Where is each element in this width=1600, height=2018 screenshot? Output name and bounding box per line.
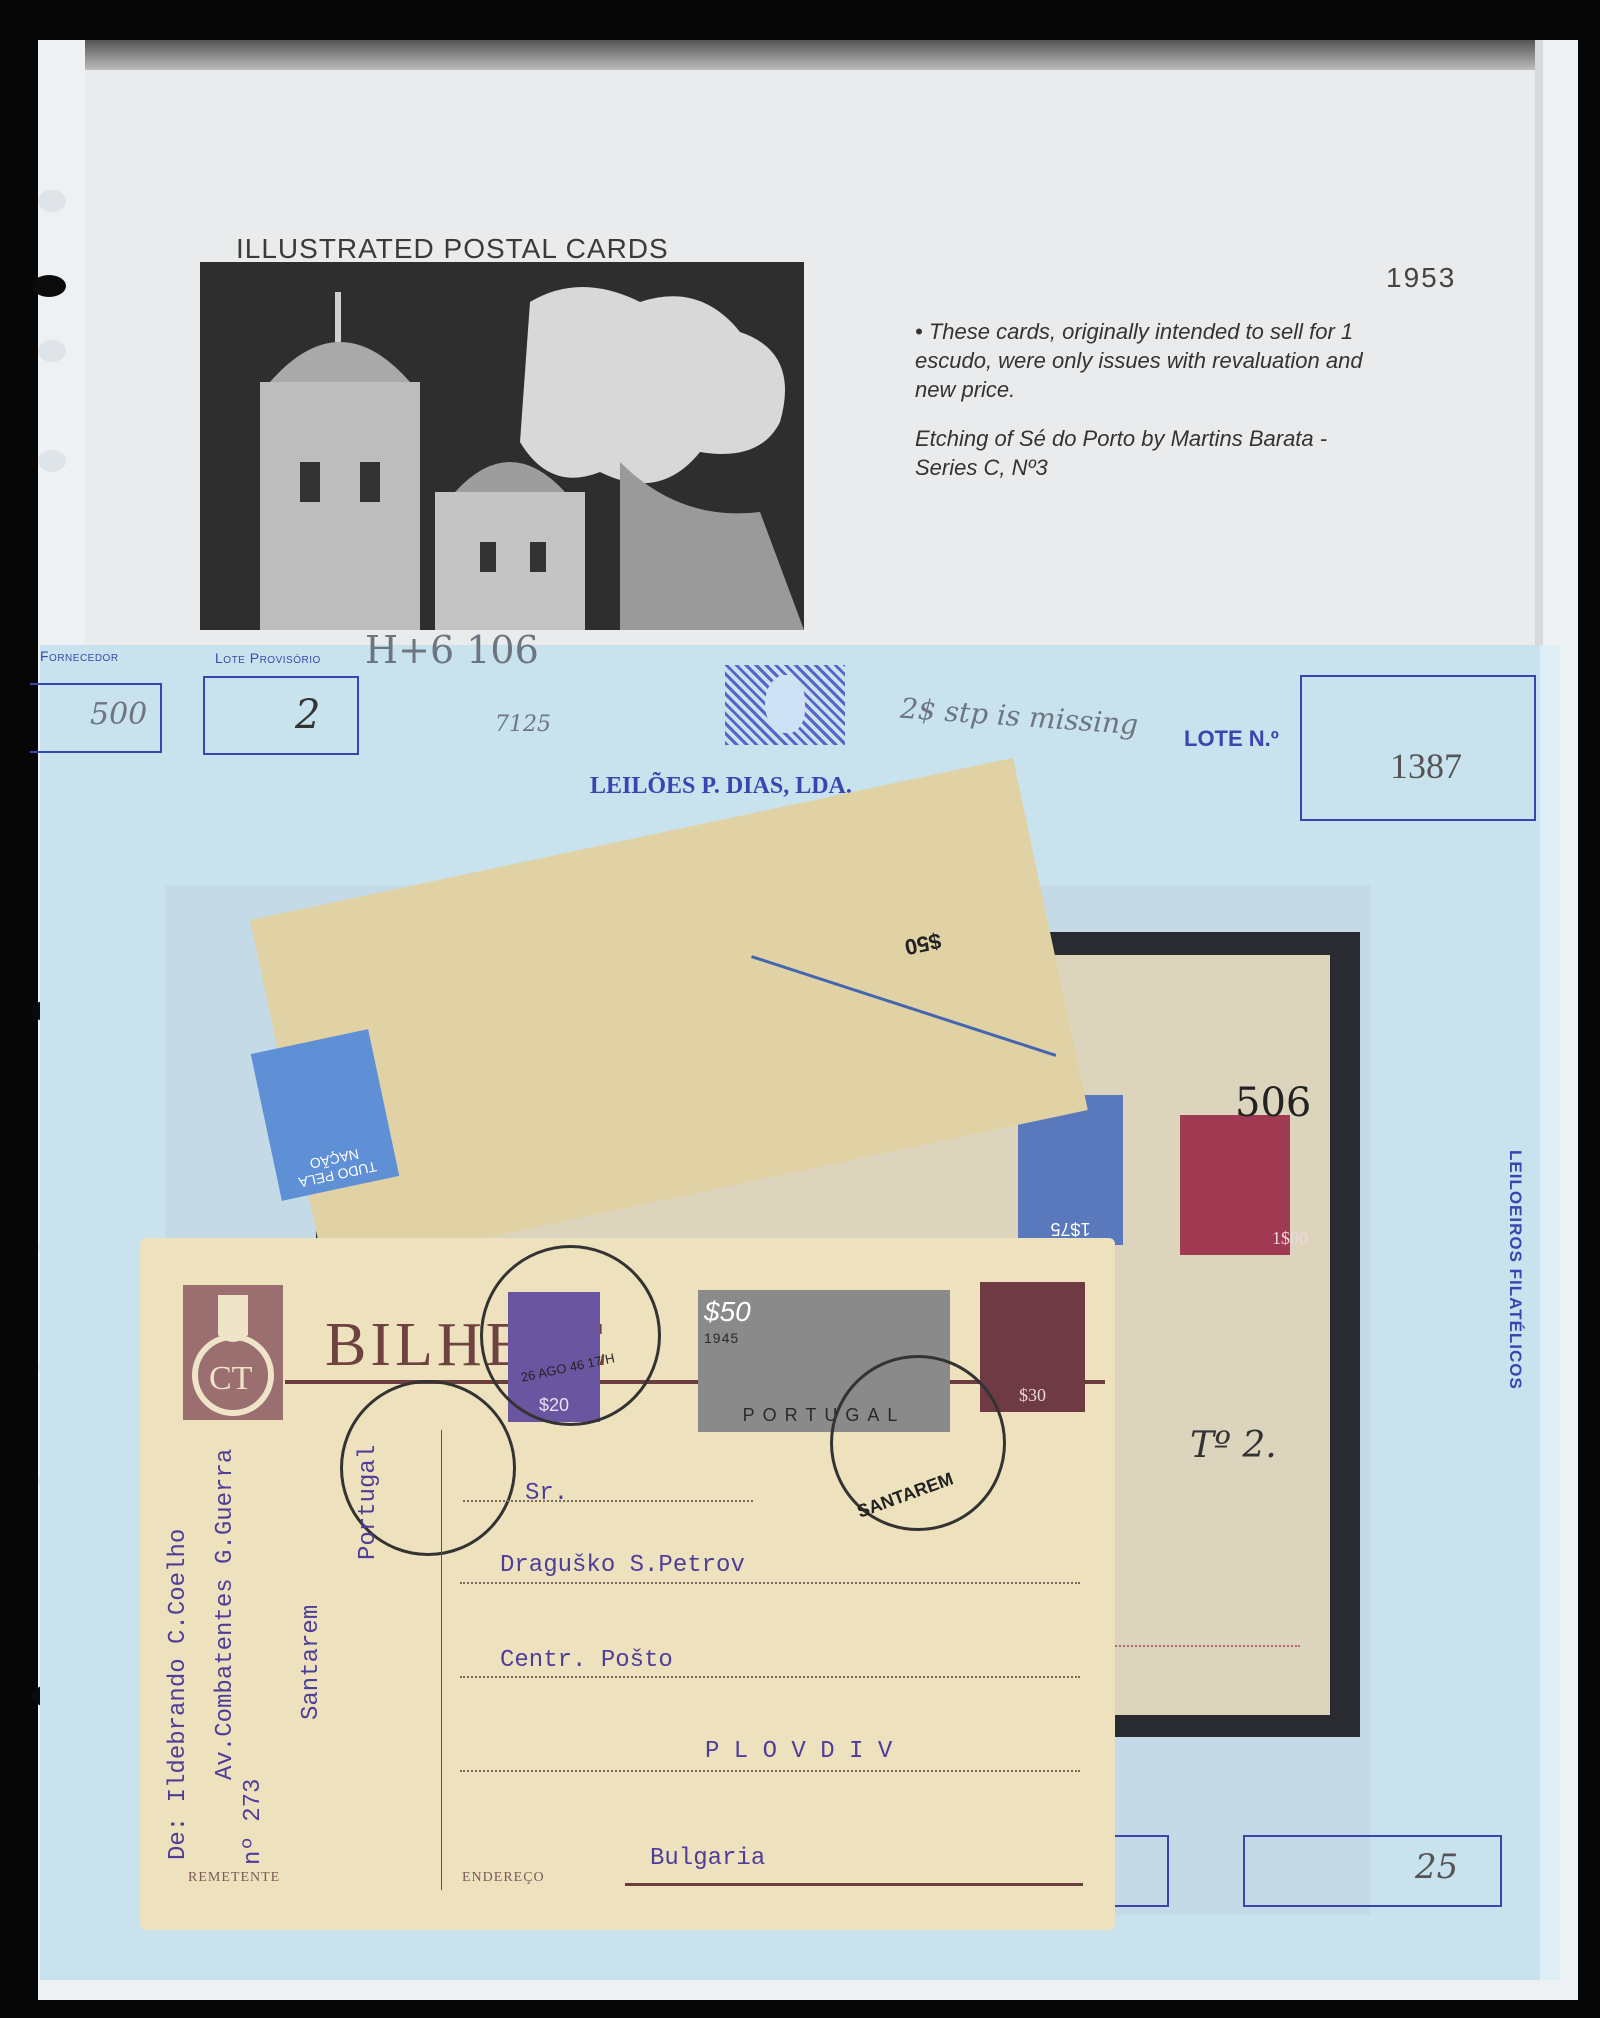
handwritten-reference: H+6 106 [365,628,539,672]
binder-ring [32,275,66,297]
logo-head-icon [765,675,805,733]
issue-year: 1953 [1386,262,1456,294]
side-caption: LEILOEIROS FILATÉLICOS [1505,1150,1525,1390]
blue-line [751,955,1056,1057]
stamp-value: 1$75 [1018,1101,1123,1239]
sender-name: De: Ildebrando C.Coelho [165,1450,192,1860]
sender-country: Portugal [355,1420,382,1560]
sender-label: REMETENTE [188,1870,280,1886]
stamp-year: 1945 [704,1330,739,1346]
address-line [460,1582,1080,1584]
handwritten-mark: 25 [1415,1847,1458,1887]
fornecedor-box: 500 [30,683,162,753]
ctt-emblem-icon: CT [183,1285,283,1420]
form-box-mark: 25 [1243,1835,1502,1907]
sender-street: Av.Combatentes G.Guerra [212,1440,239,1780]
recipient-title: Sr. [525,1480,568,1507]
fornecedor-value: 500 [90,697,147,732]
sender-number: nº 273 [240,1755,267,1865]
recipient-city: P L O V D I V [705,1738,892,1765]
recipient-street: Centr. Pošto [500,1647,673,1674]
sleeve-edge [1540,645,1560,1980]
address-line [463,1500,753,1502]
lote-provisorio-label: Lote Provisório [215,650,321,666]
stamp-value: 1$00 [1235,1228,1345,1249]
handwritten-506: 506 [1235,1080,1311,1126]
stamp-text: TUDO PELA NAÇÃO [263,1088,398,1195]
address-line [460,1676,1080,1678]
lote-number-label: LOTE N.º [1184,726,1279,752]
printed-value: $50 [902,927,943,960]
description: • These cards, originally intended to se… [915,317,1385,502]
handwritten-number: 7125 [495,712,551,737]
lote-number: 1387 [1390,745,1462,787]
postmark-ctt-santarem [480,1245,661,1426]
stamp-brown-imprint: $30 [980,1282,1085,1412]
sleeve-edge [85,40,1535,70]
address-label: ENDEREÇO [462,1870,545,1886]
fornecedor-label: Fornecedor [40,648,119,664]
recipient-name: Draguško S.Petrov [500,1552,745,1579]
recipient-country: Bulgaria [650,1845,765,1872]
binder-hole [38,450,66,472]
lote-provisorio-box: 2 [203,676,359,755]
description-note: • These cards, originally intended to se… [915,317,1385,404]
binder-hole [38,340,66,362]
binder-hole [38,190,66,212]
sender-city: Santarem [298,1580,325,1720]
handwritten-fragment: Tº 2. [1190,1425,1277,1466]
stamp-value: $50 [704,1296,751,1328]
card-divider [441,1430,442,1890]
cathedral-etching [200,262,804,630]
lote-provisorio-value: 2 [295,692,320,738]
company-name: LEILÕES P. DIAS, LDA. [590,773,852,800]
description-credit: Etching of Sé do Porto by Martins Barata… [915,424,1385,482]
address-line [460,1770,1080,1772]
form-box [1115,1835,1169,1907]
svg-text:CT: CT [209,1360,253,1397]
address-rule [625,1883,1083,1886]
page-title: ILLUSTRATED POSTAL CARDS [236,233,669,265]
stamp-red-caravel: 1$00 [1180,1115,1290,1255]
